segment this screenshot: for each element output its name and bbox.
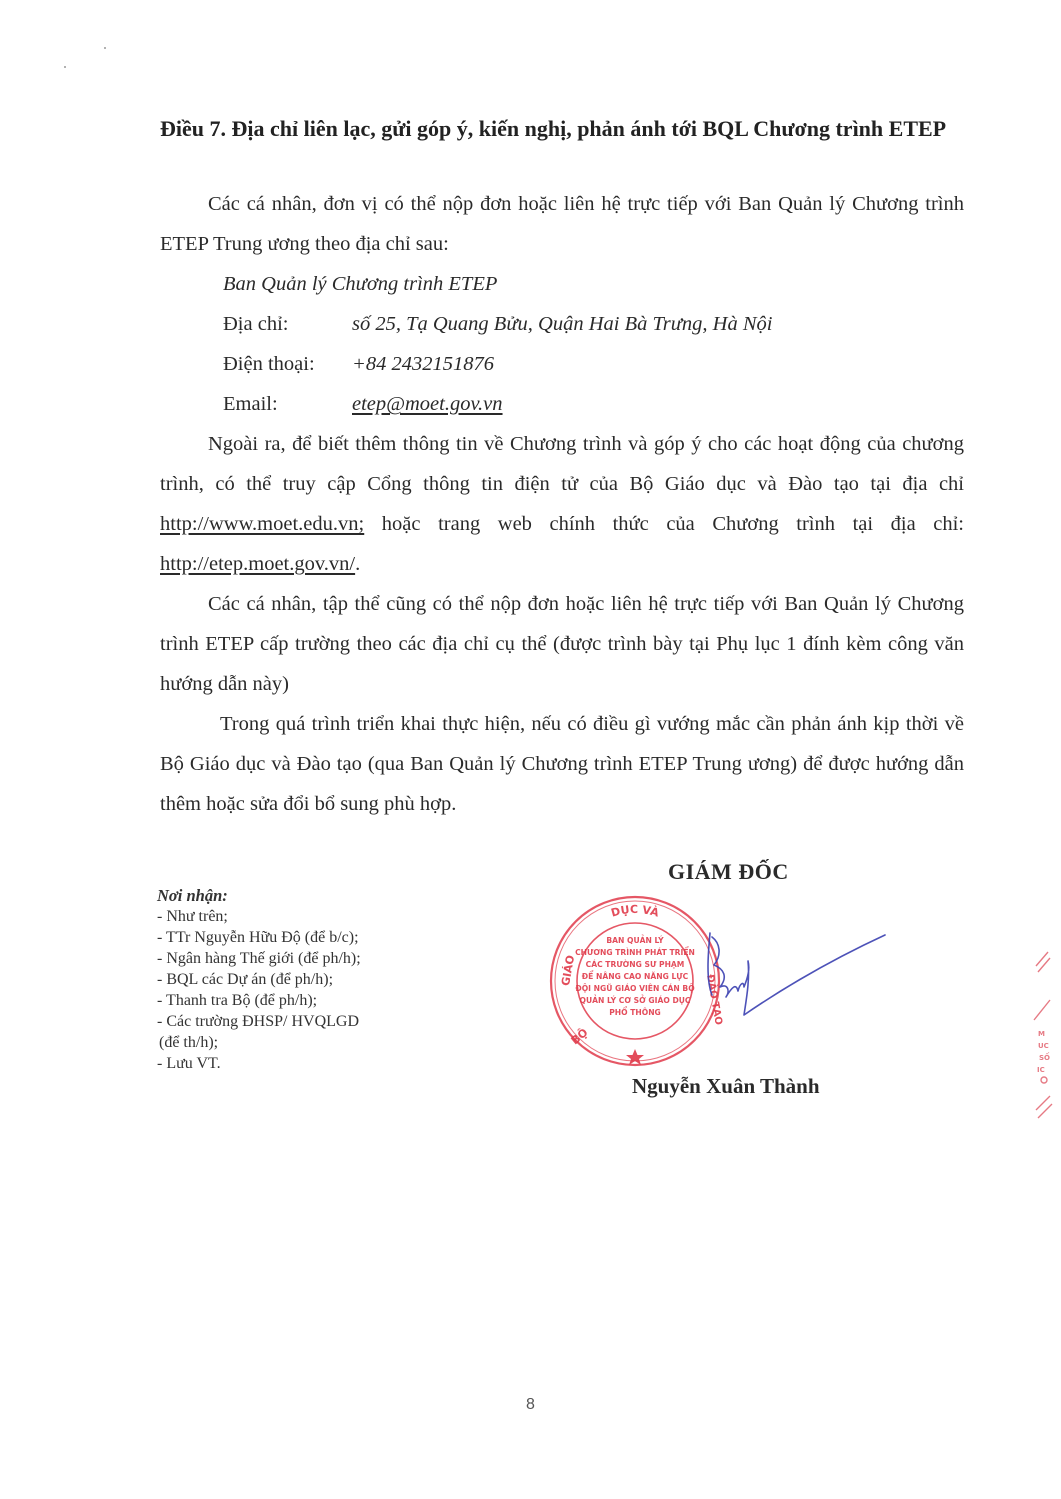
website-text: Ngoài ra, để biết thêm thông tin về Chươ…: [160, 433, 964, 495]
recipient-item: - Thanh tra Bộ (để ph/h);: [157, 990, 361, 1011]
page-number: 8: [0, 1396, 1061, 1414]
svg-text:M: M: [1038, 1030, 1045, 1038]
svg-text:ĐỘI NGŨ GIÁO VIÊN CÁN BỘ: ĐỘI NGŨ GIÁO VIÊN CÁN BỘ: [575, 984, 695, 993]
recipient-item: - Như trên;: [157, 906, 361, 927]
svg-text:ĐỂ NÂNG CAO NĂNG LỰC: ĐỂ NÂNG CAO NĂNG LỰC: [582, 971, 689, 981]
svg-text:DỤC VÀ: DỤC VÀ: [610, 903, 661, 920]
email-label: Email:: [223, 384, 278, 424]
intro-paragraph: Các cá nhân, đơn vị có thể nộp đơn hoặc …: [160, 184, 964, 264]
seal-fragment-icon: M UC SỐ IC: [1028, 950, 1058, 1130]
website-text-middle: hoặc trang web chính thức của Chương trì…: [364, 513, 964, 535]
intro-text: Các cá nhân, đơn vị có thể nộp đơn hoặc …: [160, 193, 964, 255]
period: .: [355, 553, 360, 575]
school-contact-paragraph: Các cá nhân, tập thể cũng có thể nộp đơn…: [160, 584, 964, 704]
school-contact-text: Các cá nhân, tập thể cũng có thể nộp đơn…: [160, 593, 964, 695]
svg-text:CHƯƠNG TRÌNH PHÁT TRIỂN: CHƯƠNG TRÌNH PHÁT TRIỂN: [575, 947, 695, 957]
recipient-item: - BQL các Dự án (để ph/h);: [157, 969, 361, 990]
contact-org: Ban Quản lý Chương trình ETEP: [223, 264, 497, 304]
moet-link[interactable]: http://www.moet.edu.vn;: [160, 513, 364, 535]
phone-value: +84 2432151876: [352, 344, 494, 384]
svg-text:GIÁO: GIÁO: [559, 954, 577, 987]
address-label: Địa chỉ:: [223, 304, 288, 344]
svg-text:UC: UC: [1038, 1042, 1049, 1050]
etep-link[interactable]: http://etep.moet.gov.vn/: [160, 553, 355, 575]
recipient-item: (để th/h);: [157, 1032, 361, 1053]
official-stamp-icon: DỤC VÀ GIÁO BỘ ĐÀO TẠO BAN QUẢN LÝ CHƯƠN…: [545, 895, 725, 1067]
recipient-item: - TTr Nguyễn Hữu Độ (để b/c);: [157, 927, 361, 948]
signer-title: GIÁM ĐỐC: [668, 859, 789, 885]
signer-name: Nguyễn Xuân Thành: [632, 1074, 820, 1099]
svg-text:BAN QUẢN LÝ: BAN QUẢN LÝ: [606, 935, 664, 945]
article-heading: Điều 7. Địa chỉ liên lạc, gửi góp ý, kiế…: [160, 109, 968, 149]
scan-speck: [104, 47, 106, 49]
svg-text:QUẢN LÝ CƠ SỞ GIÁO DỤC: QUẢN LÝ CƠ SỞ GIÁO DỤC: [580, 995, 691, 1005]
svg-text:PHỔ THÔNG: PHỔ THÔNG: [609, 1007, 661, 1017]
recipients-block: Nơi nhận: - Như trên; - TTr Nguyễn Hữu Đ…: [157, 885, 361, 1074]
recipient-item: - Ngân hàng Thế giới (để ph/h);: [157, 948, 361, 969]
recipient-item: - Lưu VT.: [157, 1053, 361, 1074]
recipients-title: Nơi nhận:: [157, 885, 361, 906]
website-paragraph: Ngoài ra, để biết thêm thông tin về Chươ…: [160, 424, 964, 584]
scan-speck: [64, 66, 66, 68]
handwritten-signature-icon: [700, 925, 890, 1025]
svg-text:SỐ: SỐ: [1039, 1052, 1050, 1062]
feedback-paragraph: Trong quá trình triển khai thực hiện, nế…: [160, 704, 964, 824]
svg-text:CÁC TRƯỜNG SƯ PHẠM: CÁC TRƯỜNG SƯ PHẠM: [586, 960, 685, 969]
feedback-text: Trong quá trình triển khai thực hiện, nế…: [160, 713, 964, 815]
svg-text:BỘ: BỘ: [569, 1026, 591, 1047]
address-value: số 25, Tạ Quang Bửu, Quận Hai Bà Trưng, …: [352, 304, 772, 344]
svg-text:IC: IC: [1037, 1066, 1045, 1074]
phone-label: Điện thoại:: [223, 344, 315, 384]
email-link[interactable]: etep@moet.gov.vn: [352, 384, 503, 424]
recipient-item: - Các trường ĐHSP/ HVQLGD: [157, 1011, 361, 1032]
document-page: Điều 7. Địa chỉ liên lạc, gửi góp ý, kiế…: [0, 0, 1061, 1499]
